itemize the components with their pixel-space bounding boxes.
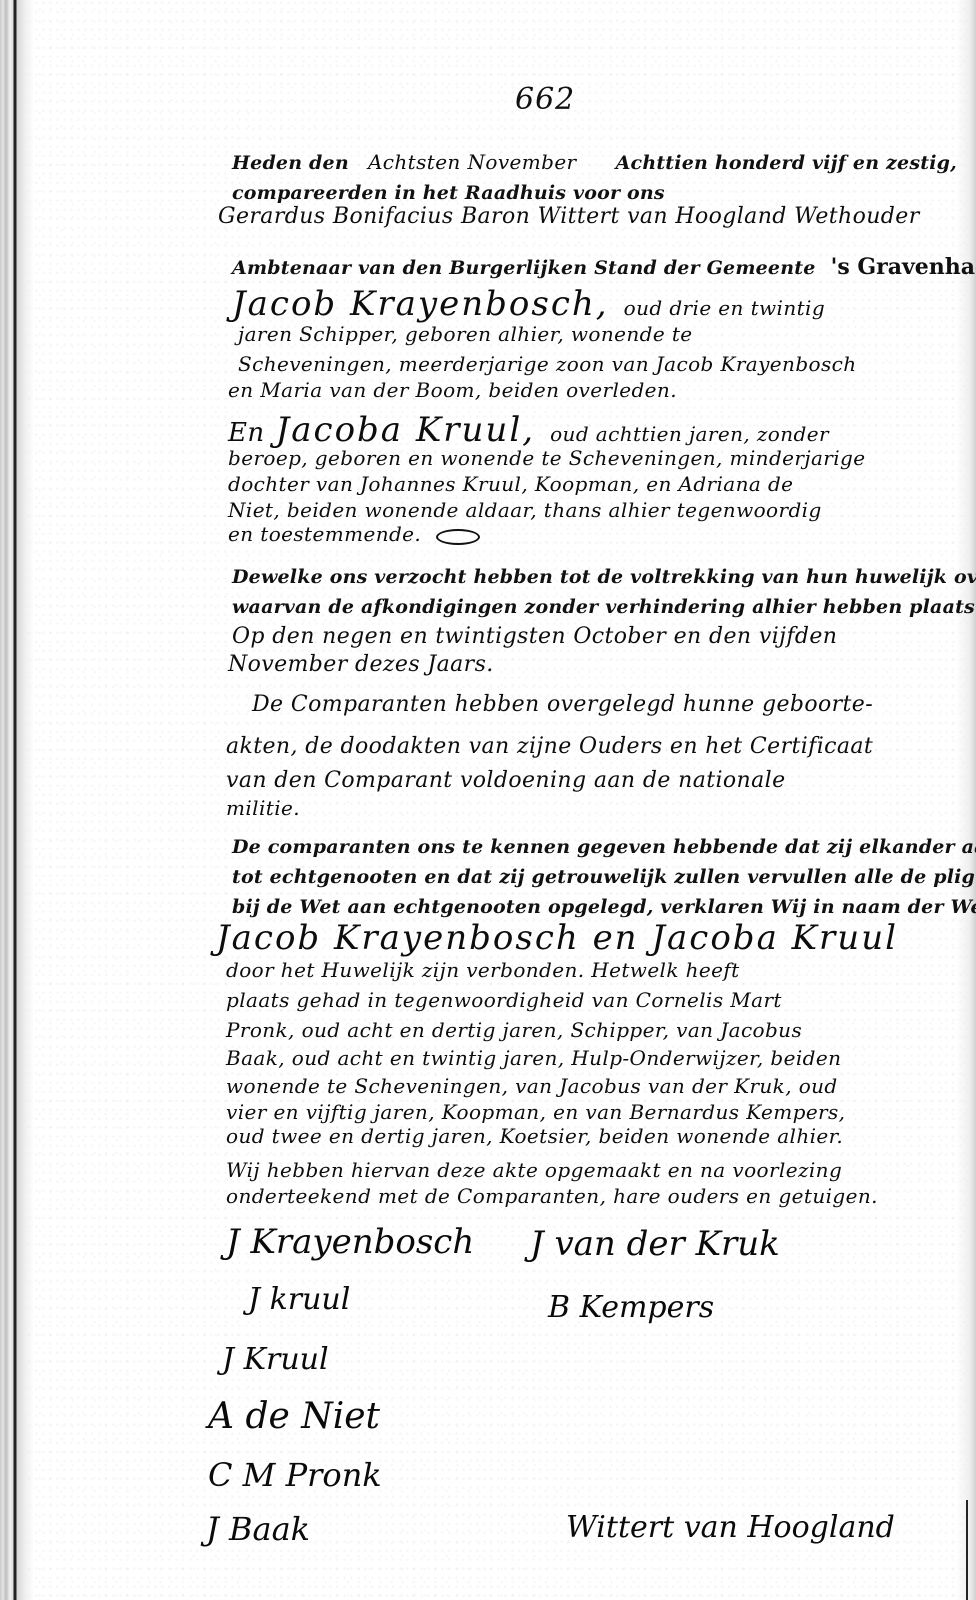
bride-line-3: dochter van Johannes Kruul, Koopman, en … — [228, 472, 793, 496]
intro-line-2: compareerden in het Raadhuis voor ons — [232, 182, 665, 204]
bride-name: Jacoba Kruul, — [276, 410, 535, 450]
closing-line-2: onderteekend met de Comparanten, hare ou… — [226, 1184, 878, 1208]
signature-bride-father: J Kruul — [222, 1342, 329, 1377]
declaration-printed-line-2: tot echtgenooten en dat zij getrouwelijk… — [232, 866, 976, 888]
request-printed-line-2: waarvan de afkondigingen zonder verhinde… — [232, 596, 976, 618]
printed-ambtenaar: Ambtenaar van den Burgerlijken Stand der… — [232, 257, 816, 279]
documents-line-2: akten, de doodakten van zijne Ouders en … — [226, 734, 873, 759]
line-end-flourish-icon — [436, 529, 480, 545]
printed-year: Achttien honderd vijf en zestig, — [616, 152, 957, 174]
groom-line-3: Scheveningen, meerderjarige zoon van Jac… — [238, 352, 857, 376]
declaration-hand-line-7: oud twee en dertig jaren, Koetsier, beid… — [226, 1124, 843, 1148]
declaration-printed-line-1: De comparanten ons te kennen gegeven heb… — [232, 836, 976, 858]
groom-line-1: Jacob Krayenbosch, oud drie en twintig — [232, 284, 825, 324]
declaration-hand-line-6: vier en vijftig jaren, Koopman, en van B… — [226, 1100, 845, 1124]
page-right-edge — [956, 0, 976, 1600]
bride-line-1: En Jacoba Kruul, oud achttien jaren, zon… — [228, 410, 829, 450]
page-binding-edge — [0, 0, 34, 1600]
bride-line-2: beroep, geboren en wonende te Schevening… — [228, 446, 865, 470]
bride-prefix: En — [228, 418, 265, 448]
documents-line-3: van den Comparant voldoening aan de nati… — [226, 768, 786, 793]
bride-line-4: Niet, beiden wonende aldaar, thans alhie… — [228, 498, 822, 522]
printed-heden-den: Heden den — [232, 152, 349, 174]
documents-line-4: militie. — [226, 796, 300, 820]
groom-line-4: en Maria van der Boom, beiden overleden. — [228, 378, 677, 402]
intro-line-1: Heden den Achtsten November Achttien hon… — [232, 150, 957, 174]
declaration-hand-line-5: wonende te Scheveningen, van Jacobus van… — [226, 1074, 838, 1098]
page-border-rule — [966, 1500, 968, 1600]
request-hand-line-2: November dezes Jaars. — [228, 652, 494, 677]
documents-line-1: De Comparanten hebben overgelegd hunne g… — [252, 692, 873, 717]
signature-official: Wittert van Hoogland — [566, 1510, 895, 1545]
couple-names: Jacob Krayenbosch en Jacoba Kruul — [216, 918, 898, 958]
bride-line-5: en toestemmende. — [228, 522, 480, 546]
groom-line-2: jaren Schipper, geboren alhier, wonende … — [238, 322, 693, 346]
signature-witness-kempers: B Kempers — [548, 1290, 714, 1325]
declaration-hand-line-2: plaats gehad in tegenwoordigheid van Cor… — [226, 988, 782, 1012]
handwritten-date: Achtsten November — [368, 150, 577, 174]
signature-witness-pronk: C M Pronk — [208, 1456, 382, 1494]
signature-witness-baak: J Baak — [206, 1510, 310, 1548]
declaration-hand-line-1: door het Huwelijk zijn verbonden. Hetwel… — [226, 958, 740, 982]
groom-name: Jacob Krayenbosch, — [232, 284, 609, 324]
closing-line-1: Wij hebben hiervan deze akte opgemaakt e… — [226, 1158, 842, 1182]
document-page: 662 Heden den Achtsten November Achttien… — [0, 0, 976, 1600]
declaration-printed-line-3: bij de Wet aan echtgenooten opgelegd, ve… — [232, 896, 976, 918]
request-printed-line-1: Dewelke ons verzocht hebben tot de voltr… — [232, 566, 976, 588]
municipality-name: 's Gravenhage: — [831, 254, 976, 280]
request-hand-line-1: Op den negen en twintigsten October en d… — [232, 624, 837, 649]
signature-witness-van-der-kruk: J van der Kruk — [530, 1224, 780, 1264]
signature-groom: J Krayenbosch — [226, 1222, 474, 1262]
signature-bride-mother: A de Niet — [208, 1396, 380, 1437]
official-name: Gerardus Bonifacius Baron Wittert van Ho… — [218, 204, 920, 229]
intro-line-4: Ambtenaar van den Burgerlijken Stand der… — [232, 254, 976, 280]
declaration-hand-line-3: Pronk, oud acht en dertig jaren, Schippe… — [226, 1018, 802, 1042]
signature-bride: J kruul — [248, 1282, 350, 1317]
declaration-hand-line-4: Baak, oud acht en twintig jaren, Hulp-On… — [226, 1046, 841, 1070]
page-number: 662 — [515, 82, 575, 117]
